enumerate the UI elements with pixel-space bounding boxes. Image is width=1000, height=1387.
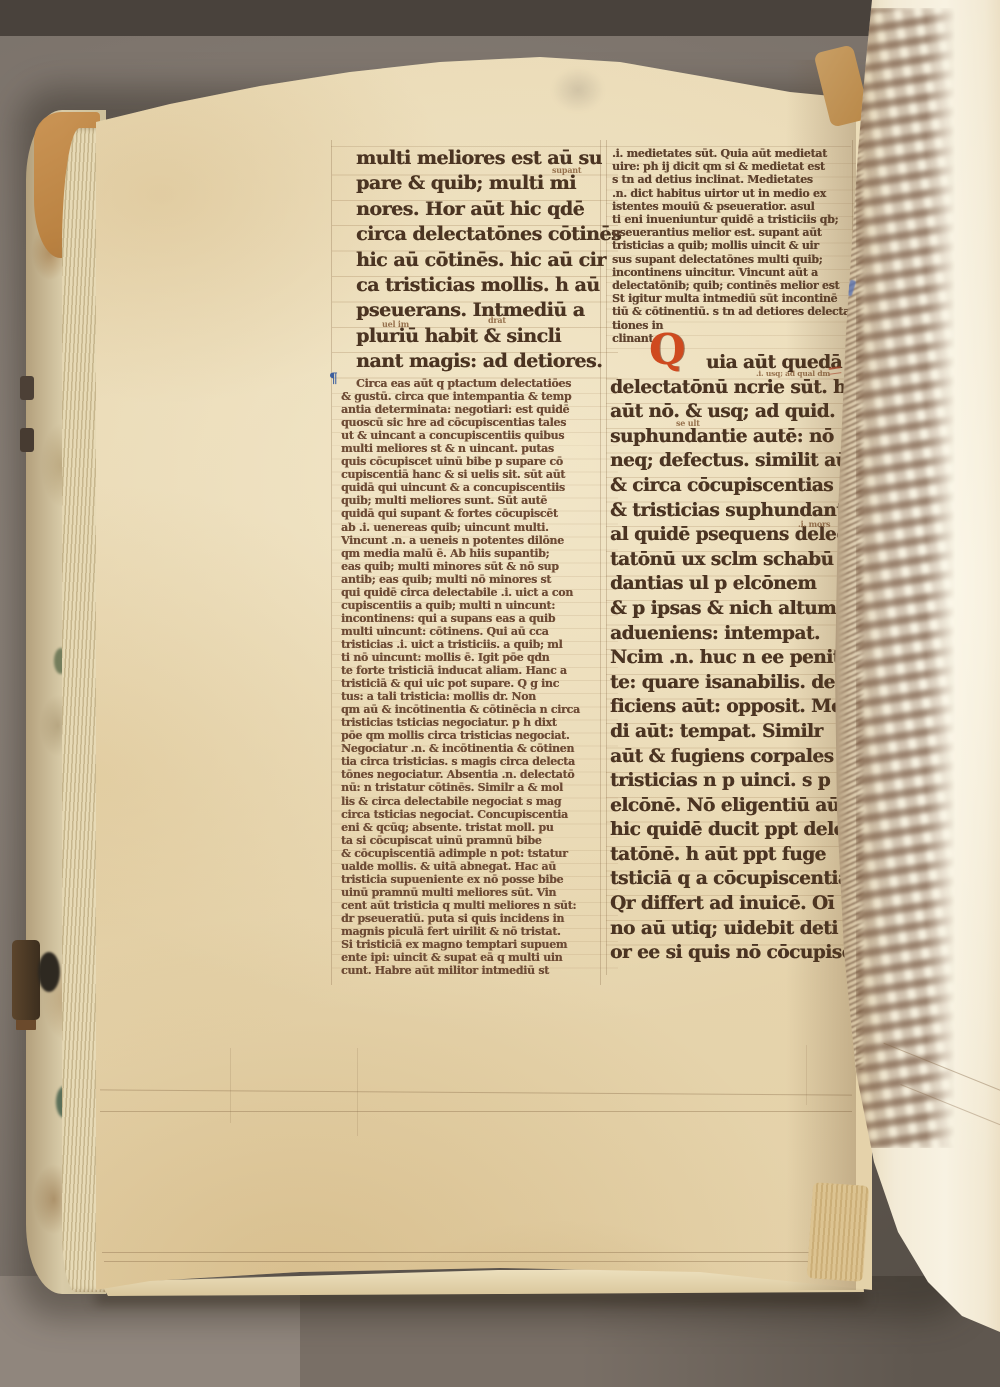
- text-line: incontinens: qui a supans eas a quib: [341, 612, 617, 625]
- clasp-remnant-icon: [20, 376, 34, 400]
- text-line: quis cōcupiscet uinū bibe p supare cō: [341, 455, 617, 468]
- text-line: antib; eas quib; multi nō minores st: [341, 573, 617, 586]
- text-line: tristiciā & qui uic pot supare. Q g inc: [341, 677, 617, 690]
- text-line: Vincunt .n. a ueneis n potentes dilōne: [341, 534, 617, 547]
- fore-edge-glimpse: [807, 1182, 870, 1282]
- text-line: cupiscentiā hanc & si uelis sit. sūt aūt: [341, 468, 617, 481]
- text-line: ti nō uincunt: mollis ē. Igit pōe qdn: [341, 651, 617, 664]
- facing-page-blurred-text: [856, 8, 956, 1148]
- text-line: te forte tristiciā inducat aliam. Hanc a: [341, 664, 617, 677]
- text-line: Negociatur .n. & incōtinentia & cōtinen: [341, 742, 617, 755]
- text-line: ca tristicias mollis. h aū: [356, 273, 618, 298]
- text-line: ut & uincant a concupiscentiis quibus: [341, 429, 617, 442]
- text-line: eas quib; multi minores sūt & nō sup: [341, 560, 617, 573]
- text-line: tōnes negociatur. Absentia .n. delectatō: [341, 768, 617, 781]
- text-line: ente ipi: uincit & supat eā q multi uin: [341, 951, 617, 964]
- text-line: tristicias tsticias negociatur. p h dixt: [341, 716, 617, 729]
- binding-stain: [38, 952, 60, 992]
- text-line: tus: a tali tristicia: mollis dr. Non: [341, 690, 617, 703]
- interlinear-gloss: se ult: [676, 418, 700, 428]
- text-line: quidā qui uincunt & a concupiscentiis: [341, 481, 617, 494]
- text-line: nū: n tristatur cōtinēs. Similr a & mol: [341, 781, 617, 794]
- text-line: circa tsticias negociat. Concupiscentia: [341, 808, 617, 821]
- paraph-mark: ¶: [329, 371, 338, 387]
- text-line: qm aū & incōtinentia & cōtinēcia n circa: [341, 703, 617, 716]
- text-line: ualde mollis. & uitā abnegat. Hac aū: [341, 860, 617, 873]
- text-line: ab .i. uenereas quib; uincunt multi.: [341, 521, 617, 534]
- interlinear-gloss: supant: [552, 165, 581, 175]
- text-line: qui quidē circa delectabile .i. uict a c…: [341, 586, 617, 599]
- text-line: quib; multi meliores sunt. Sūt autē: [341, 494, 617, 507]
- text-line: cunt. Habre aūt militor intmediū st: [341, 964, 617, 977]
- text-line: Circa eas aūt q ptactum delectatiōes: [341, 377, 617, 390]
- faint-margin-smudge: [552, 68, 604, 112]
- left-column-main-text: multi meliores est aū supare & quib; mul…: [356, 146, 618, 375]
- text-line: multi meliores st & n uincant. putas: [341, 442, 617, 455]
- left-column-commentary-text: Circa eas aūt q ptactum delectatiōes& gu…: [341, 377, 617, 977]
- text-line: cent aūt tristicia q multi meliores n sū…: [341, 899, 617, 912]
- text-line: quoscū sic hre ad cōcupiscentias tales: [341, 416, 617, 429]
- text-line: magnis piculā fert uirilit & nō tristat.: [341, 925, 617, 938]
- text-line: pōe qm mollis circa tristicias negociat.: [341, 729, 617, 742]
- text-line: nant magis: ad detiores.: [356, 349, 618, 374]
- rubricated-initial: Q: [649, 326, 686, 374]
- text-line: qm media malū ē. Ab hiis supantib;: [341, 547, 617, 560]
- text-line: uinū pramnū multi meliores sūt. Vin: [341, 886, 617, 899]
- interlinear-gloss: drat: [488, 315, 506, 325]
- text-line: & gustū. circa que intempantia & temp: [341, 390, 617, 403]
- photograph-of-open-manuscript: multi meliores est aū supare & quib; mul…: [0, 0, 1000, 1387]
- text-line: Si tristiciā ex magno temptari supuem: [341, 938, 617, 951]
- text-line: eni & qcūq; absente. tristat moll. pu: [341, 821, 617, 834]
- clasp-remnant-icon: [20, 428, 34, 452]
- interlinear-gloss: uel im: [382, 319, 409, 329]
- text-line: ta si cōcupiscat uinū pramnū bibe: [341, 834, 617, 847]
- text-line: hic aū cōtinēs. hic aū cir: [356, 248, 618, 273]
- clasp-remnant-icon: [12, 940, 40, 1020]
- text-line: tia circa tristicias. s magis circa dele…: [341, 755, 617, 768]
- text-line: lis & circa delectabile negociat s mag: [341, 795, 617, 808]
- text-line: quidā qui supant & fortes cōcupiscēt: [341, 507, 617, 520]
- text-line: & cōcupiscentiā adimple n pot: tstatur: [341, 847, 617, 860]
- text-line: circa delectatōnes cōtinēs: [356, 222, 618, 247]
- backdrop-top-band: [0, 0, 1000, 36]
- text-line: tristicia supueniente ex nō posse bibe: [341, 873, 617, 886]
- text-line: antia determinata: negotiari: est quidē: [341, 403, 617, 416]
- text-line: multi uincunt: cōtinens. Qui aū cca: [341, 625, 617, 638]
- text-line: cupiscentiis a quib; multi n uincunt:: [341, 599, 617, 612]
- text-line: tristicias .i. uict a tristiciis. a quib…: [341, 638, 617, 651]
- text-line: dr pseueratiū. puta si quis incidens in: [341, 912, 617, 925]
- text-line: nores. Hor aūt hic qdē: [356, 197, 618, 222]
- text-line: pare & quib; multi mi: [356, 171, 618, 196]
